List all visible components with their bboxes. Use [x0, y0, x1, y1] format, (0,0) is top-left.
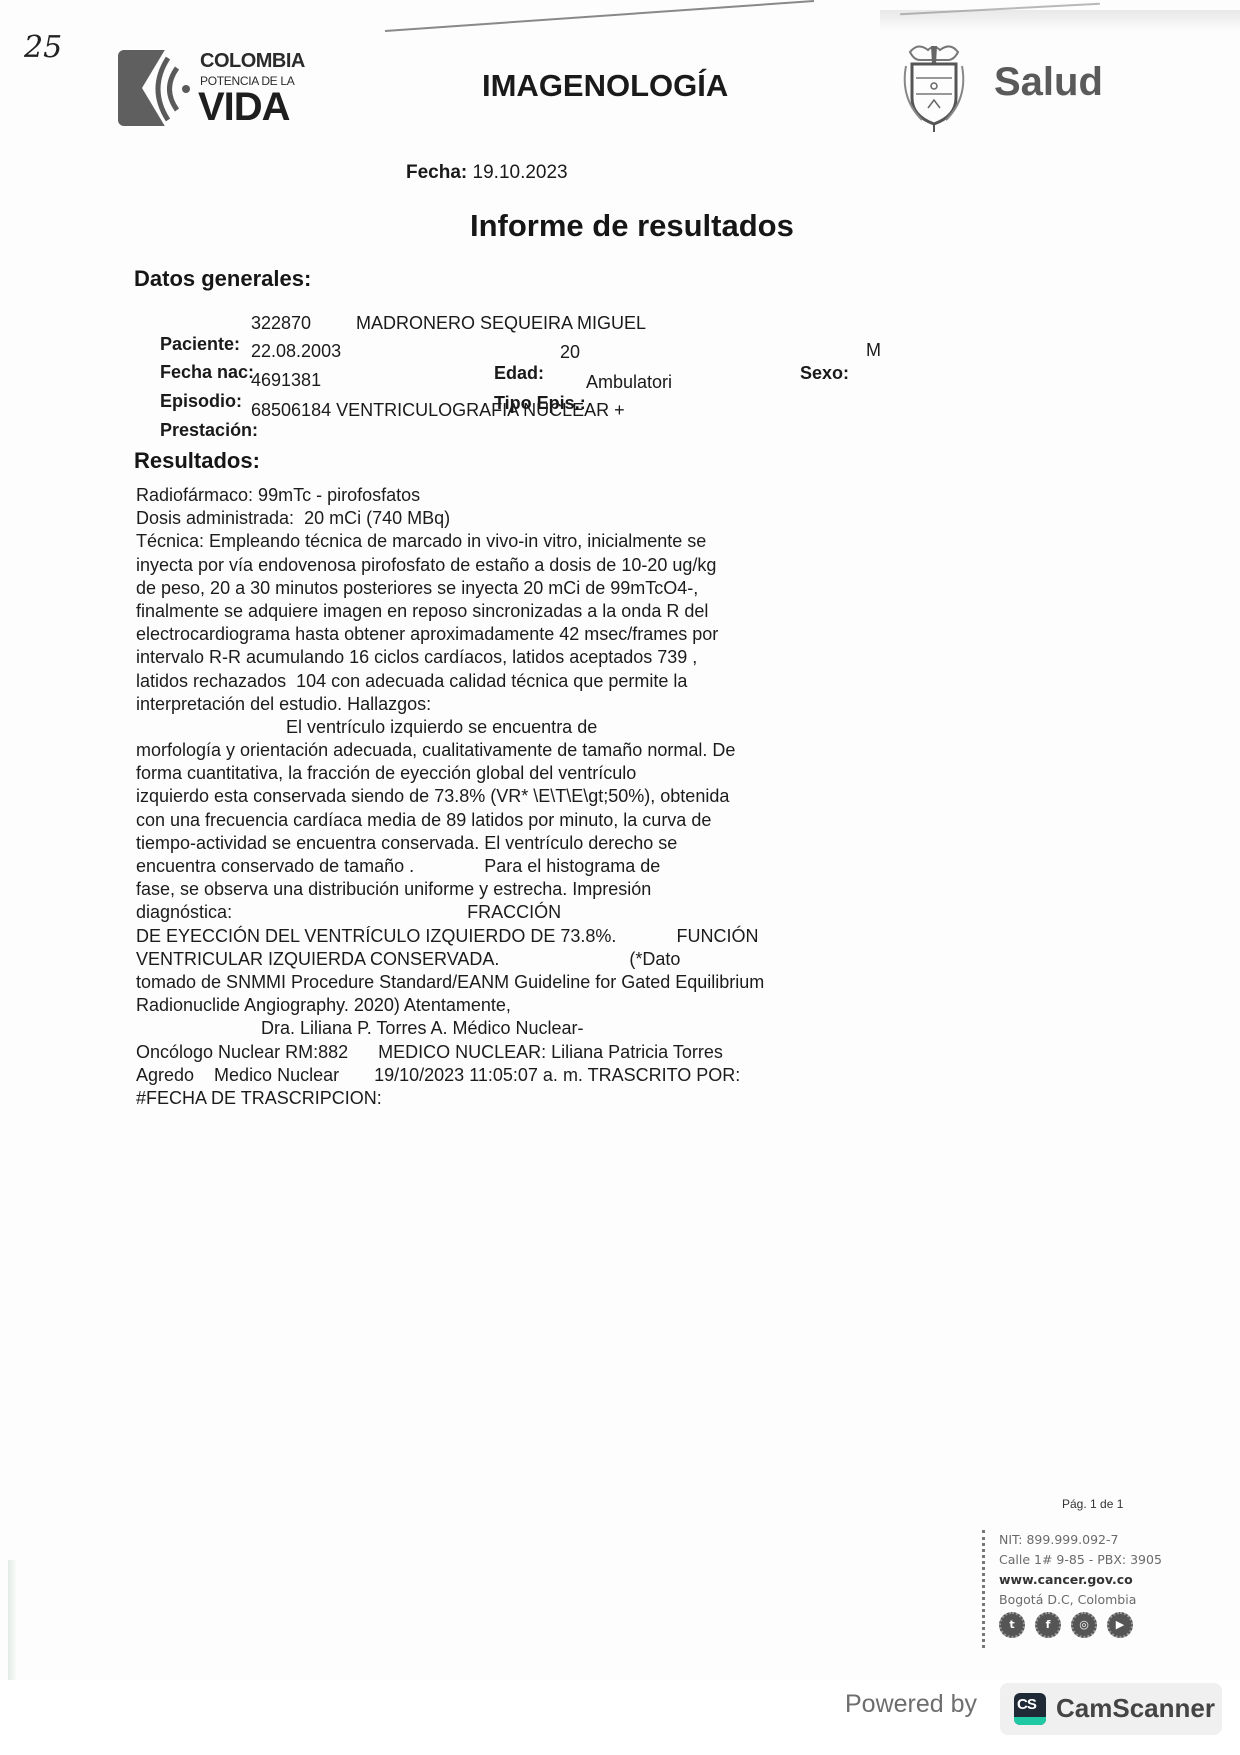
results-line: de peso, 20 a 30 minutos posteriores se … — [136, 577, 856, 600]
results-line: Radiofármaco: 99mTc - pirofosfatos — [136, 484, 856, 507]
twitter-icon[interactable]: t — [999, 1612, 1025, 1638]
episode-value: 4691381 — [251, 370, 321, 391]
results-line: intervalo R-R acumulando 16 ciclos cardí… — [136, 646, 856, 669]
results-line: VENTRICULAR IZQUIERDA CONSERVADA. (*Dato — [136, 948, 856, 971]
report-date-label: Fecha: — [406, 162, 467, 183]
results-line: DE EYECCIÓN DEL VENTRÍCULO IZQUIERDO DE … — [136, 925, 856, 948]
social-icons: t f ◎ ▶ — [999, 1612, 1199, 1638]
facebook-icon[interactable]: f — [1035, 1612, 1061, 1638]
instagram-icon[interactable]: ◎ — [1071, 1612, 1097, 1638]
logo-text-colombia: COLOMBIA — [200, 50, 305, 73]
colombia-coat-of-arms-icon — [898, 42, 970, 134]
service-value: 68506184 VENTRICULOGRAFIA NUCLEAR + — [251, 400, 625, 421]
field-label: Prestación: — [160, 420, 258, 440]
report-date: Fecha: 19.10.2023 — [406, 162, 568, 184]
logo-accent-bar — [1014, 1717, 1046, 1725]
colombia-potencia-de-la-vida-logo: COLOMBIA POTENCIA DE LA VIDA — [118, 48, 318, 132]
salud-logo: Salud — [898, 42, 1118, 138]
results-line: finalmente se adquiere imagen en reposo … — [136, 600, 856, 623]
camscanner-badge[interactable]: CS CamScanner — [1000, 1683, 1222, 1735]
website-link[interactable]: www.cancer.gov.co — [999, 1570, 1199, 1590]
results-line: fase, se observa una distribución unifor… — [136, 878, 856, 901]
results-line: Agredo Medico Nuclear 19/10/2023 11:05:0… — [136, 1064, 856, 1087]
section-heading-resultados: Resultados: — [134, 448, 260, 474]
logo-text: CS — [1017, 1696, 1036, 1713]
report-title: Informe de resultados — [470, 208, 794, 244]
handwritten-page-number: 25 — [24, 30, 62, 65]
birth-date: 22.08.2003 — [251, 341, 341, 362]
city: Bogotá D.C, Colombia — [999, 1590, 1199, 1610]
report-date-value: 19.10.2023 — [473, 162, 568, 183]
patient-id: 322870 — [251, 313, 311, 334]
results-line: Técnica: Empleando técnica de marcado in… — [136, 530, 856, 553]
age-value: 20 — [560, 342, 580, 363]
field-label: Sexo: — [800, 363, 849, 383]
results-line: latidos rechazados 104 con adecuada cali… — [136, 670, 856, 693]
results-line: forma cuantitativa, la fracción de eyecc… — [136, 762, 856, 785]
results-body-text: Radiofármaco: 99mTc - pirofosfatosDosis … — [136, 484, 856, 1110]
scanned-page: 25 COLOMBIA POTENCIA DE LA VIDA IMAGENOL… — [0, 0, 1240, 1680]
signal-waves-icon — [146, 54, 196, 124]
results-line: electrocardiograma hasta obtener aproxim… — [136, 623, 856, 646]
results-line: morfología y orientación adecuada, cuali… — [136, 739, 856, 762]
results-line: inyecta por vía endovenosa pirofosfato d… — [136, 554, 856, 577]
sex-value: M — [866, 340, 881, 361]
institution-contact-block: NIT: 899.999.092-7 Calle 1# 9-85 - PBX: … — [982, 1530, 1199, 1648]
results-line: con una frecuencia cardíaca media de 89 … — [136, 809, 856, 832]
results-line: Radionuclide Angiography. 2020) Atentame… — [136, 994, 856, 1017]
logo-text-vida: VIDA — [198, 86, 290, 128]
section-heading-datos-generales: Datos generales: — [134, 266, 311, 292]
address: Calle 1# 9-85 - PBX: 3905 — [999, 1550, 1199, 1570]
results-line: diagnóstica: FRACCIÓN — [136, 901, 856, 924]
paper-edge — [8, 1560, 18, 1680]
patient-name: MADRONERO SEQUEIRA MIGUEL — [356, 313, 646, 334]
salud-logo-text: Salud — [994, 60, 1103, 105]
results-line: #FECHA DE TRASCRIPCION: — [136, 1087, 856, 1110]
results-line: Dosis administrada: 20 mCi (740 MBq) — [136, 507, 856, 530]
nit: NIT: 899.999.092-7 — [999, 1530, 1199, 1550]
results-line: Dra. Liliana P. Torres A. Médico Nuclear… — [136, 1017, 856, 1040]
field-sexo-label: Sexo: — [780, 342, 849, 405]
results-line: tomado de SNMMI Procedure Standard/EANM … — [136, 971, 856, 994]
youtube-icon[interactable]: ▶ — [1107, 1612, 1133, 1638]
results-line: Oncólogo Nuclear RM:882 MEDICO NUCLEAR: … — [136, 1041, 856, 1064]
results-line: encuentra conservado de tamaño . Para el… — [136, 855, 856, 878]
paper-fold-line — [385, 0, 814, 32]
results-line: El ventrículo izquierdo se encuentra de — [136, 716, 856, 739]
page-number: Pág. 1 de 1 — [1062, 1497, 1123, 1511]
powered-by-text: Powered by — [845, 1690, 977, 1719]
camscanner-logo-icon: CS — [1014, 1693, 1046, 1725]
results-line: tiempo-actividad se encuentra conservada… — [136, 832, 856, 855]
department-title: IMAGENOLOGÍA — [482, 68, 728, 104]
results-line: izquierdo esta conservada siendo de 73.8… — [136, 785, 856, 808]
episode-type-value: Ambulatori — [586, 372, 672, 393]
camscanner-brand-name: CamScanner — [1056, 1693, 1215, 1724]
results-line: interpretación del estudio. Hallazgos: — [136, 693, 856, 716]
